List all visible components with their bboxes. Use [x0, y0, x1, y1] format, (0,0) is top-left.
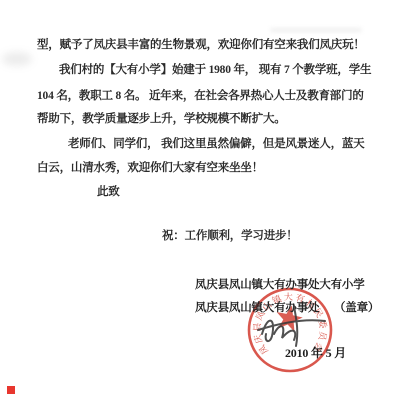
- letter-page: 型，赋予了凤庆县丰富的生物景观，欢迎你们有空来我们凤庆玩！ 我们村的【大有小学】…: [0, 0, 400, 407]
- body-line-5: 老师们、同学们， 我们这里虽然偏僻，但是风景迷人，蓝天: [68, 135, 364, 151]
- red-corner-mark: [7, 386, 15, 394]
- handwritten-signature: [232, 272, 348, 388]
- body-line-1: 型，赋予了凤庆县丰富的生物景观，欢迎你们有空来我们凤庆玩！: [37, 36, 365, 52]
- body-line-2: 我们村的【大有小学】始建于 1980 年， 现有 7 个教学班，学生: [59, 61, 371, 77]
- scan-smudge-artifact: [2, 52, 32, 66]
- body-line-6: 白云，山清水秀，欢迎你们大家有空来坐坐！: [37, 159, 263, 175]
- ink-bleedthrough-artifact: [270, 28, 362, 32]
- closing-wish: 祝：工作顺利，学习进步！: [162, 227, 298, 243]
- body-line-3: 104 名，教职工 8 名。 近年来，在社会各界热心人士及教育部门的: [37, 87, 364, 103]
- closing-salutation: 此致: [97, 183, 120, 199]
- body-line-4: 帮助下，教学质量逐步上升，学校规模不断扩大。: [37, 110, 286, 126]
